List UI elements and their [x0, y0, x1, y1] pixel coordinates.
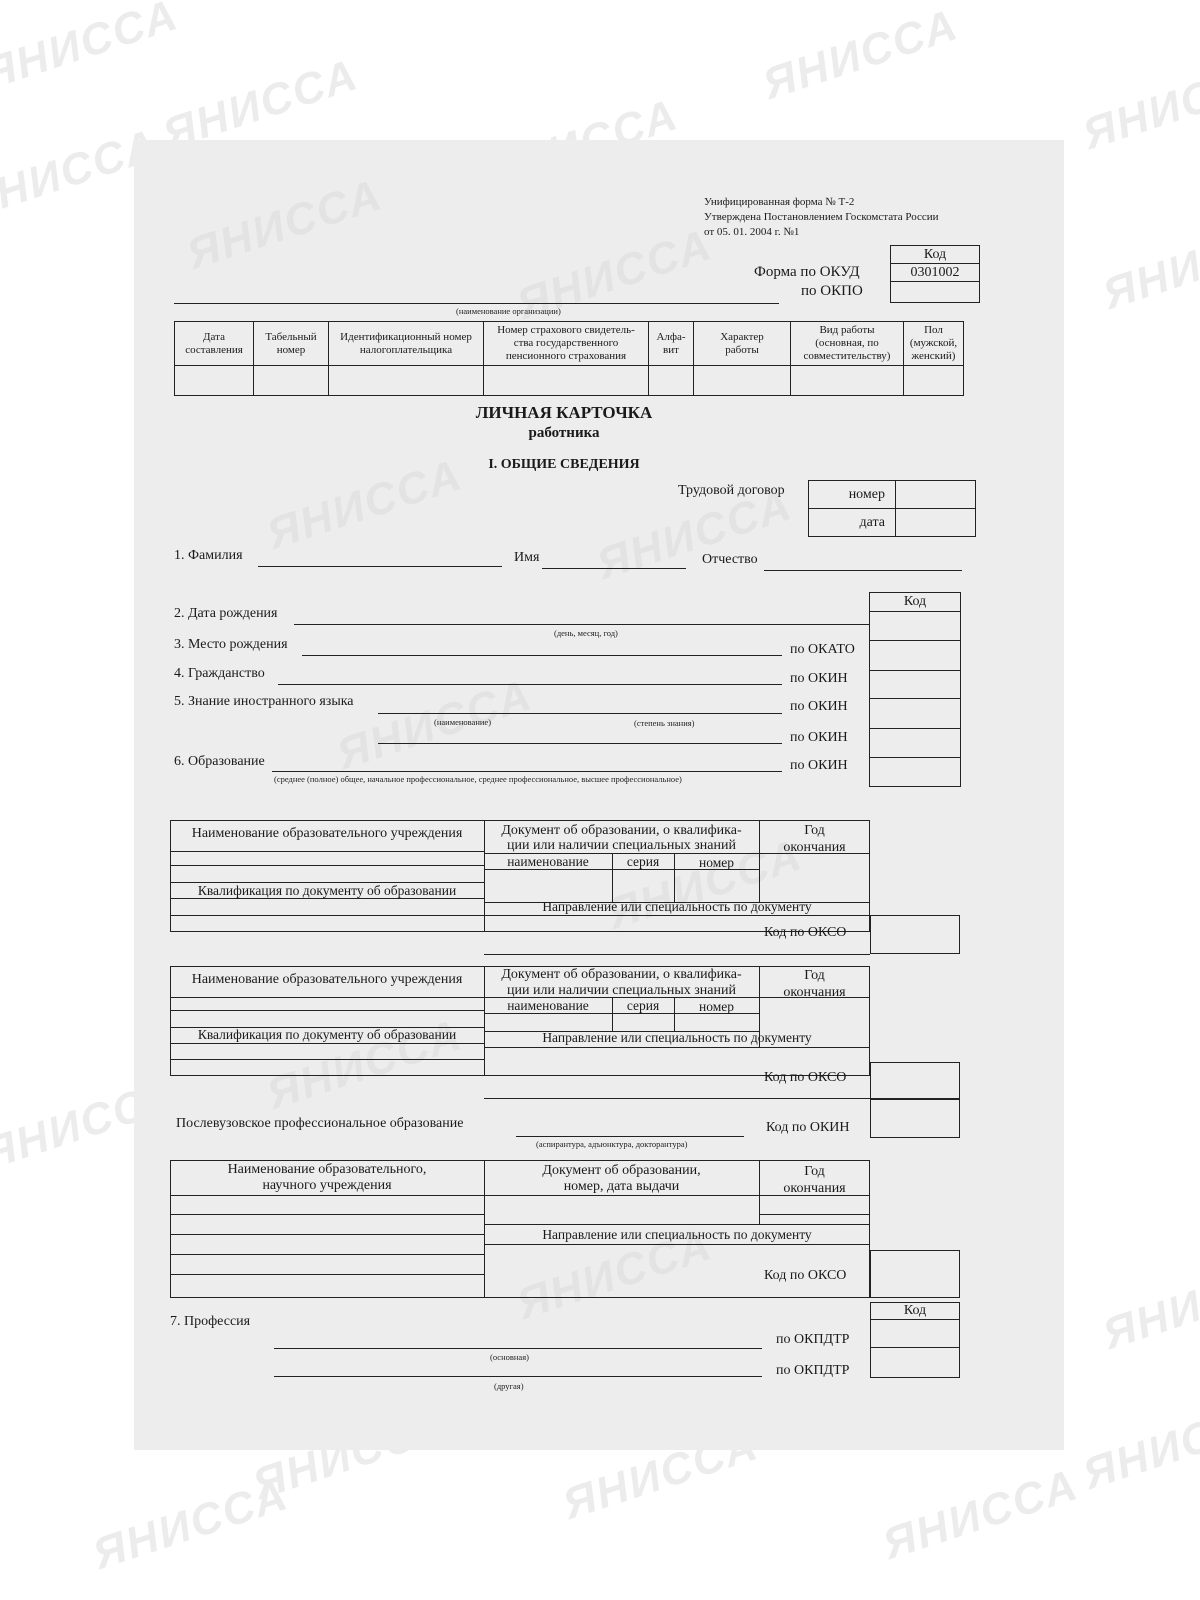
doc-series-header: серия: [612, 998, 674, 1014]
birthplace-field[interactable]: [302, 655, 782, 656]
document-header: Документ об образовании,: [484, 1163, 759, 1179]
section-title: I. ОБЩИЕ СВЕДЕНИЯ: [414, 457, 714, 473]
column-header-work-character: Характерработы: [694, 322, 791, 366]
postgrad-label: Послевузовское профессиональное образова…: [176, 1116, 463, 1132]
document-header-line2: ции или наличии специальных знаний: [484, 983, 759, 999]
education-caption: (среднее (полное) общее, начальное профе…: [274, 774, 682, 784]
document-header-line2: номер, дата выдачи: [484, 1179, 759, 1195]
profession-label: 7. Профессия: [170, 1314, 250, 1330]
work-character-cell[interactable]: [694, 366, 791, 396]
patronymic-field[interactable]: [764, 570, 962, 571]
postgrad-caption: (аспирантура, адъюнктура, докторантура): [536, 1139, 687, 1149]
specialty-header: Направление или специальность по докумен…: [484, 1227, 870, 1243]
okso-label: Код по ОКСО: [764, 925, 846, 941]
column-header-gender: Пол(мужской,женский): [904, 322, 964, 366]
okso-label: Код по ОКСО: [764, 1268, 846, 1284]
code-header: Код: [870, 593, 961, 612]
contract-table: номер дата: [808, 480, 976, 537]
profession-main-code-label: по ОКПДТР: [776, 1332, 849, 1348]
postgrad-code-cell[interactable]: [870, 1098, 960, 1138]
watermark: ЯНИССА: [181, 170, 388, 280]
surname-field[interactable]: [258, 566, 502, 567]
organization-name-field[interactable]: [174, 303, 779, 304]
education-field[interactable]: [272, 771, 782, 772]
year-header-line2: окончания: [759, 985, 870, 1001]
gender-cell[interactable]: [904, 366, 964, 396]
language-name-caption: (наименование): [434, 717, 491, 727]
citizenship-field[interactable]: [278, 684, 782, 685]
contract-label: Трудовой договор: [678, 483, 785, 499]
contract-date-label: дата: [809, 509, 896, 537]
language-code-cell[interactable]: [870, 699, 961, 729]
watermark: ЯНИССА: [1097, 1250, 1200, 1360]
column-header-alphabet: Алфа-вит: [649, 322, 694, 366]
qualification-header: Квалификация по документу об образовании: [170, 1027, 484, 1043]
doc-name-header: наименование: [484, 854, 612, 870]
citizenship-code-cell[interactable]: [870, 671, 961, 699]
okpo-code-cell[interactable]: [891, 282, 980, 303]
doc-number-header: номер: [674, 855, 759, 871]
patronymic-label: Отчество: [702, 552, 758, 568]
year-header: Год: [759, 823, 870, 839]
document-header: Документ об образовании, о квалифика-: [484, 823, 759, 839]
surname-label: 1. Фамилия: [174, 548, 243, 564]
postgrad-code-label: Код по ОКИН: [766, 1120, 850, 1136]
profession-other-code-cell[interactable]: [871, 1348, 960, 1378]
profession-other-field[interactable]: [274, 1376, 762, 1377]
document-title: ЛИЧНАЯ КАРТОЧКА: [414, 403, 714, 423]
doc-number-header: номер: [674, 999, 759, 1015]
contract-date-field[interactable]: [896, 509, 976, 537]
insurance-cell[interactable]: [484, 366, 649, 396]
education-code-label: по ОКИН: [790, 758, 848, 774]
okso-label: Код по ОКСО: [764, 1070, 846, 1086]
language2-field[interactable]: [378, 743, 782, 744]
birthplace-code-label: по ОКАТО: [790, 642, 855, 658]
contract-number-label: номер: [809, 481, 896, 509]
postgrad-field[interactable]: [516, 1136, 744, 1137]
year-header-line2: окончания: [759, 1181, 870, 1197]
institution-header-line2: научного учреждения: [170, 1178, 484, 1194]
birthdate-label: 2. Дата рождения: [174, 606, 278, 622]
profession-main-code-cell[interactable]: [871, 1320, 960, 1348]
name-label: Имя: [514, 550, 539, 566]
organization-caption: (наименование организации): [456, 306, 561, 316]
document-header: Документ об образовании, о квалифика-: [484, 967, 759, 983]
institution-header: Наименование образовательного,: [170, 1162, 484, 1178]
okpo-label: по ОКПО: [801, 283, 863, 300]
inn-cell[interactable]: [329, 366, 484, 396]
education-code-cell[interactable]: [870, 758, 961, 787]
profession-main-caption: (основная): [490, 1352, 529, 1362]
code-header: Код: [871, 1303, 960, 1320]
column-header-insurance: Номер страхового свидетель-ства государс…: [484, 322, 649, 366]
form-code-line: Унифицированная форма № Т-2: [704, 196, 854, 208]
document-subtitle: работника: [414, 425, 714, 442]
tab-number-cell[interactable]: [254, 366, 329, 396]
language-level-caption: (степень знания): [634, 718, 694, 728]
employee-id-table: Датасоставления Табельныйномер Идентифик…: [174, 321, 964, 396]
name-field[interactable]: [542, 568, 686, 569]
form-date-line: от 05. 01. 2004 г. №1: [704, 226, 799, 238]
doc-name-header: наименование: [484, 998, 612, 1014]
contract-number-field[interactable]: [896, 481, 976, 509]
work-type-cell[interactable]: [791, 366, 904, 396]
okud-code-table: Код 0301002: [890, 245, 980, 303]
language-code-label: по ОКИН: [790, 699, 848, 715]
language2-code-cell[interactable]: [870, 729, 961, 758]
birthdate-field[interactable]: [294, 624, 870, 625]
watermark: ЯНИССА: [1077, 50, 1200, 160]
profession-other-caption: (другая): [494, 1381, 524, 1391]
profession-code-table: Код: [870, 1302, 960, 1378]
citizenship-label: 4. Гражданство: [174, 666, 265, 682]
date-cell[interactable]: [175, 366, 254, 396]
institution-header: Наименование образовательного учреждения: [170, 826, 484, 842]
code-header: Код: [891, 246, 980, 264]
language-label: 5. Знание иностранного языка: [174, 694, 354, 710]
postgrad-okso-code-cell[interactable]: [870, 1250, 960, 1298]
watermark: ЯНИССА: [0, 0, 185, 100]
column-header-inn: Идентификационный номерналогоплательщика: [329, 322, 484, 366]
okud-label: Форма по ОКУД: [754, 264, 860, 281]
year-header-line2: окончания: [759, 840, 870, 856]
watermark: ЯНИССА: [757, 0, 964, 110]
birthdate-code-cell[interactable]: [870, 612, 961, 641]
year-header: Год: [759, 968, 870, 984]
column-header-date: Датасоставления: [175, 322, 254, 366]
citizenship-code-label: по ОКИН: [790, 671, 848, 687]
language2-code-label: по ОКИН: [790, 730, 848, 746]
doc-series-header: серия: [612, 854, 674, 870]
okud-code-value: 0301002: [891, 264, 980, 282]
okso-code-cell-1[interactable]: [870, 915, 960, 954]
language-field[interactable]: [378, 713, 782, 714]
document-header-line2: ции или наличии специальных знаний: [484, 838, 759, 854]
alphabet-cell[interactable]: [649, 366, 694, 396]
personal-code-table: Код: [869, 592, 961, 787]
birthplace-label: 3. Место рождения: [174, 637, 288, 653]
column-header-tab-number: Табельныйномер: [254, 322, 329, 366]
watermark: ЯНИССА: [877, 1460, 1084, 1570]
education-label: 6. Образование: [174, 754, 265, 770]
qualification-header: Квалификация по документу об образовании: [170, 883, 484, 899]
specialty-header: Направление или специальность по докумен…: [484, 900, 870, 914]
year-header: Год: [759, 1164, 870, 1180]
birthdate-caption: (день, месяц, год): [554, 628, 618, 638]
birthplace-code-cell[interactable]: [870, 641, 961, 671]
specialty-header: Направление или специальность по докумен…: [484, 1030, 870, 1046]
okso-code-cell-2[interactable]: [870, 1062, 960, 1100]
form-approval-line: Утверждена Постановлением Госкомстата Ро…: [704, 211, 939, 223]
profession-other-code-label: по ОКПДТР: [776, 1363, 849, 1379]
profession-main-field[interactable]: [274, 1348, 762, 1349]
form-page: ЯНИССА ЯНИССА ЯНИССА ЯНИССА ЯНИССА ЯНИСС…: [134, 140, 1064, 1450]
watermark: ЯНИССА: [1077, 1390, 1200, 1500]
institution-header: Наименование образовательного учреждения: [170, 972, 484, 988]
watermark: ЯНИССА: [1097, 210, 1200, 320]
column-header-work-type: Вид работы(основная, посовместительству): [791, 322, 904, 366]
